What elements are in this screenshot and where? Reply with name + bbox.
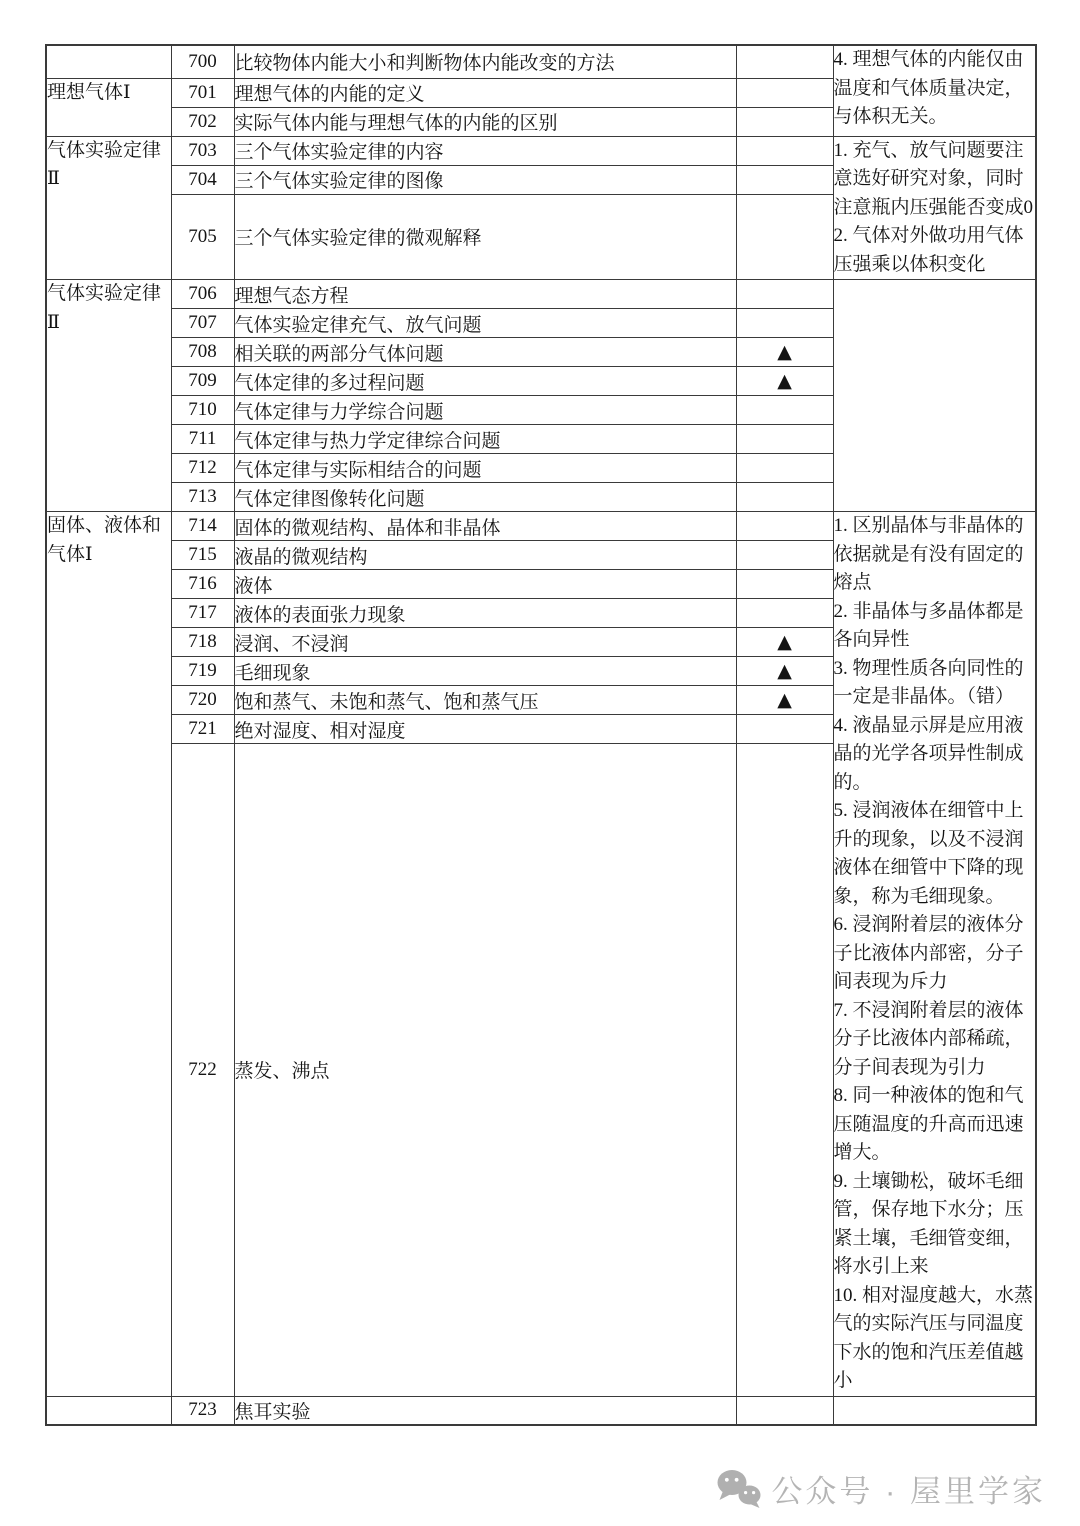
number-cell: 707 (171, 309, 234, 338)
marker-cell (736, 1396, 833, 1425)
number-cell: 709 (171, 367, 234, 396)
knowledge-points-table: 700比较物体内能大小和判断物体内能改变的方法4. 理想气体的内能仅由温度和气体… (45, 44, 1037, 1426)
number-cell: 703 (171, 136, 234, 165)
topic-cell: 气体实验定律充气、放气问题 (234, 309, 736, 338)
topic-cell: 比较物体内能大小和判断物体内能改变的方法 (234, 45, 736, 78)
marker-cell (736, 136, 833, 165)
topics-table-body: 700比较物体内能大小和判断物体内能改变的方法4. 理想气体的内能仅由温度和气体… (46, 45, 1036, 1425)
number-cell: 719 (171, 657, 234, 686)
number-cell: 706 (171, 280, 234, 309)
category-cell: 理想气体Ⅰ (46, 78, 171, 136)
topic-cell: 理想气态方程 (234, 280, 736, 309)
number-cell: 700 (171, 45, 234, 78)
topic-cell: 浸润、不浸润 (234, 628, 736, 657)
topic-cell: 蒸发、沸点 (234, 744, 736, 1397)
number-cell: 721 (171, 715, 234, 744)
notes-cell: 1. 区别晶体与非晶体的依据就是有没有固定的熔点 2. 非晶体与多晶体都是各向异… (833, 512, 1036, 1397)
notes-cell (833, 1396, 1036, 1425)
number-cell: 712 (171, 454, 234, 483)
topic-cell: 焦耳实验 (234, 1396, 736, 1425)
topic-cell: 固体的微观结构、晶体和非晶体 (234, 512, 736, 541)
number-cell: 720 (171, 686, 234, 715)
marker-cell: ▲ (736, 367, 833, 396)
number-cell: 704 (171, 165, 234, 194)
marker-cell: ▲ (736, 686, 833, 715)
number-cell: 715 (171, 541, 234, 570)
marker-cell (736, 454, 833, 483)
wechat-logo-icon (716, 1469, 762, 1509)
number-cell: 714 (171, 512, 234, 541)
marker-cell (736, 744, 833, 1397)
topic-cell: 气体定律的多过程问题 (234, 367, 736, 396)
marker-cell (736, 194, 833, 280)
marker-cell (736, 309, 833, 338)
topic-cell: 实际气体内能与理想气体的内能的区别 (234, 107, 736, 136)
topic-cell: 相关联的两部分气体问题 (234, 338, 736, 367)
category-cell: 气体实验定律Ⅱ (46, 136, 171, 280)
topic-cell: 三个气体实验定律的微观解释 (234, 194, 736, 280)
table-row: 气体实验定律Ⅱ706理想气态方程 (46, 280, 1036, 309)
topic-cell: 三个气体实验定律的内容 (234, 136, 736, 165)
category-cell (46, 1396, 171, 1425)
marker-cell (736, 570, 833, 599)
notes-cell: 1. 充气、放气问题要注意选好研究对象，同时注意瓶内压强能否变成0 2. 气体对… (833, 136, 1036, 280)
notes-cell: 4. 理想气体的内能仅由温度和气体质量决定，与体积无关。 (833, 45, 1036, 136)
marker-cell (736, 541, 833, 570)
topic-cell: 理想气体的内能的定义 (234, 78, 736, 107)
table-row: 气体实验定律Ⅱ703三个气体实验定律的内容1. 充气、放气问题要注意选好研究对象… (46, 136, 1036, 165)
marker-cell: ▲ (736, 628, 833, 657)
marker-cell: ▲ (736, 338, 833, 367)
topic-cell: 饱和蒸气、未饱和蒸气、饱和蒸气压 (234, 686, 736, 715)
number-cell: 708 (171, 338, 234, 367)
notes-cell (833, 280, 1036, 512)
topic-cell: 三个气体实验定律的图像 (234, 165, 736, 194)
number-cell: 722 (171, 744, 234, 1397)
marker-cell (736, 599, 833, 628)
marker-cell (736, 78, 833, 107)
number-cell: 710 (171, 396, 234, 425)
number-cell: 701 (171, 78, 234, 107)
document-page: { "page": { "background": "#ffffff" }, "… (0, 0, 1080, 1526)
category-cell: 固体、液体和气体Ⅰ (46, 512, 171, 1397)
marker-cell (736, 107, 833, 136)
watermark: 公众号 · 屋里学家 (716, 1466, 1046, 1511)
marker-cell (736, 715, 833, 744)
marker-cell (736, 280, 833, 309)
topic-cell: 液晶的微观结构 (234, 541, 736, 570)
number-cell: 718 (171, 628, 234, 657)
number-cell: 711 (171, 425, 234, 454)
table-row: 固体、液体和气体Ⅰ714固体的微观结构、晶体和非晶体1. 区别晶体与非晶体的依据… (46, 512, 1036, 541)
topic-cell: 毛细现象 (234, 657, 736, 686)
topic-cell: 液体的表面张力现象 (234, 599, 736, 628)
marker-cell (736, 165, 833, 194)
marker-cell (736, 512, 833, 541)
marker-cell (736, 396, 833, 425)
number-cell: 702 (171, 107, 234, 136)
topic-cell: 液体 (234, 570, 736, 599)
number-cell: 723 (171, 1396, 234, 1425)
marker-cell (736, 45, 833, 78)
topic-cell: 气体定律与热力学定律综合问题 (234, 425, 736, 454)
category-cell (46, 45, 171, 78)
topic-cell: 气体定律与力学综合问题 (234, 396, 736, 425)
number-cell: 717 (171, 599, 234, 628)
topic-cell: 气体定律图像转化问题 (234, 483, 736, 512)
table-row: 723焦耳实验 (46, 1396, 1036, 1425)
topic-cell: 气体定律与实际相结合的问题 (234, 454, 736, 483)
marker-cell (736, 425, 833, 454)
number-cell: 716 (171, 570, 234, 599)
topic-cell: 绝对湿度、相对湿度 (234, 715, 736, 744)
table-row: 700比较物体内能大小和判断物体内能改变的方法4. 理想气体的内能仅由温度和气体… (46, 45, 1036, 78)
category-cell: 气体实验定律Ⅱ (46, 280, 171, 512)
marker-cell (736, 483, 833, 512)
number-cell: 713 (171, 483, 234, 512)
marker-cell: ▲ (736, 657, 833, 686)
watermark-text: 公众号 · 屋里学家 (771, 1466, 1046, 1511)
number-cell: 705 (171, 194, 234, 280)
